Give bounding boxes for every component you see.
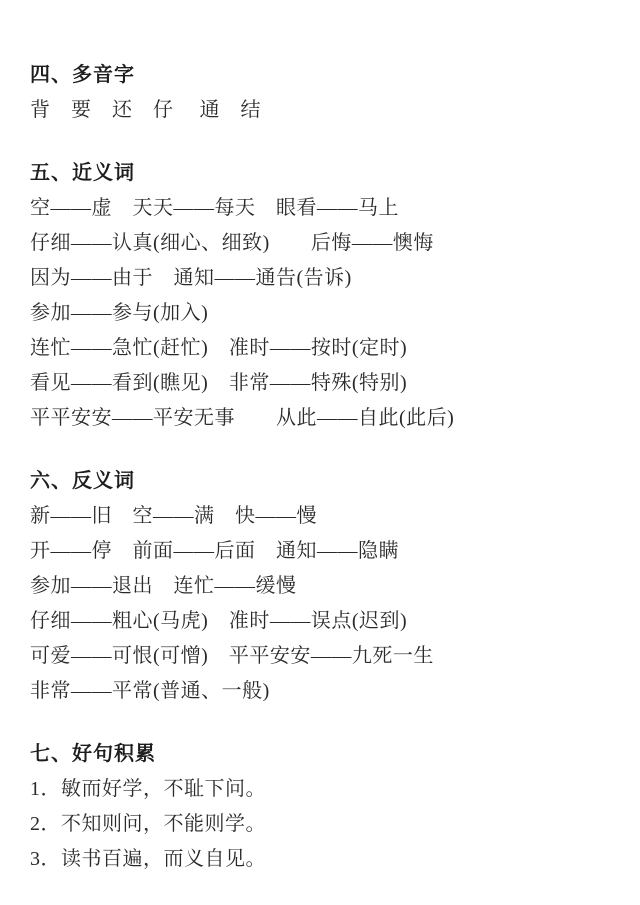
section-haojujilei: 七、好句积累 1．敏而好学，不耻下问。 2．不知则问，不能则学。 3．读书百遍，… [30, 737, 620, 877]
document-content: 四、多音字 背 要 还 仔 通 结 五、近义词 空——虚 天天——每天 眼看——… [0, 0, 640, 877]
numbered-sentence: 1．敏而好学，不耻下问。 [30, 772, 620, 807]
section-fanyici: 六、反义词 新——旧 空——满 快——慢 开——停 前面——后面 通知——隐瞒 … [30, 464, 620, 709]
document-page: 四、多音字 背 要 还 仔 通 结 五、近义词 空——虚 天天——每天 眼看——… [0, 0, 640, 905]
section-heading-haojujilei: 七、好句积累 [30, 737, 620, 772]
section-heading-fanyici: 六、反义词 [30, 464, 620, 499]
text-line: 因为——由于 通知——通告(告诉) [30, 261, 620, 296]
text-line: 连忙——急忙(赶忙) 准时——按时(定时) [30, 331, 620, 366]
text-line: 参加——参与(加入) [30, 296, 620, 331]
text-line: 空——虚 天天——每天 眼看——马上 [30, 191, 620, 226]
section-heading-jinyici: 五、近义词 [30, 156, 620, 191]
text-line: 参加——退出 连忙——缓慢 [30, 569, 620, 604]
text-line: 仔细——认真(细心、细致) 后悔——懊悔 [30, 226, 620, 261]
text-line: 看见——看到(瞧见) 非常——特殊(特别) [30, 366, 620, 401]
text-line: 背 要 还 仔 通 结 [30, 93, 620, 128]
text-line: 新——旧 空——满 快——慢 [30, 499, 620, 534]
section-heading-duoyinzi: 四、多音字 [30, 58, 620, 93]
text-line: 平平安安——平安无事 从此——自此(此后) [30, 401, 620, 436]
text-line: 开——停 前面——后面 通知——隐瞒 [30, 534, 620, 569]
section-duoyinzi: 四、多音字 背 要 还 仔 通 结 [30, 58, 620, 128]
section-jinyici: 五、近义词 空——虚 天天——每天 眼看——马上 仔细——认真(细心、细致) 后… [30, 156, 620, 436]
numbered-sentence: 3．读书百遍，而义自见。 [30, 842, 620, 877]
text-line: 仔细——粗心(马虎) 准时——误点(迟到) [30, 604, 620, 639]
text-line: 非常——平常(普通、一般) [30, 674, 620, 709]
numbered-sentence: 2．不知则问，不能则学。 [30, 807, 620, 842]
text-line: 可爱——可恨(可憎) 平平安安——九死一生 [30, 639, 620, 674]
